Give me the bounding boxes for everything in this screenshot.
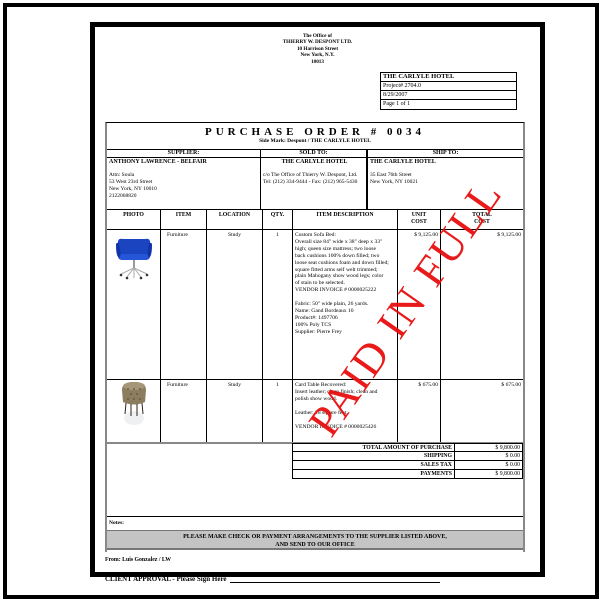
notes-field: Notes: [107, 516, 523, 530]
description-line [295, 294, 395, 301]
description-line: Custom Sofa Bed: [295, 232, 395, 239]
supplier-name: ANTHONY LAWRENCE - BELFAIR [107, 158, 260, 167]
description-line: high; queen size mattress; two loose [295, 246, 395, 253]
description-line: Leather: 28 square feet. [295, 410, 395, 417]
qty-cell: 1 [263, 230, 293, 379]
side-mark: Side Mark: Despont / THE CARLYLE HOTEL [107, 138, 523, 144]
parties-section: SUPPLIER: ANTHONY LAWRENCE - BELFAIR Att… [107, 149, 523, 209]
supplier-block: SUPPLIER: ANTHONY LAWRENCE - BELFAIR Att… [107, 150, 261, 210]
total-value: $ 9,800.00 [455, 444, 522, 451]
description-line: Product#: 1497706 [295, 315, 395, 322]
item-cell: Furniture [161, 380, 207, 442]
office-letterhead: The Office of THIERRY W. DESPONT LTD. 10… [95, 33, 540, 65]
description-line: Overall size 84" wide x 38" deep x 33" [295, 239, 395, 246]
total-label: TOTAL AMOUNT OF PURCHASE [293, 444, 455, 451]
location-cell: Study [207, 230, 263, 379]
sold-to-block: SOLD TO: THE CARLYLE HOTEL c/o The Offic… [261, 150, 367, 210]
table-row: Furniture Study 1 Custom Sofa Bed:Overal… [107, 230, 523, 380]
sold-to-header: SOLD TO: [261, 150, 366, 158]
total-value: $ 9,800.00 [455, 470, 522, 478]
total-label: PAYMENTS [293, 470, 455, 478]
sold-to-name: THE CARLYLE HOTEL [261, 158, 366, 167]
table-row: Furniture Study 1 Card Table Recovered:I… [107, 380, 523, 444]
totals-row-payments: PAYMENTS $ 9,800.00 [292, 470, 523, 479]
blue-armchair-image [115, 236, 153, 280]
description-line: VENDOR INVOICE # 0000025222 [295, 287, 395, 294]
photo-cell [107, 230, 161, 379]
description-cell: Custom Sofa Bed:Overall size 84" wide x … [293, 230, 398, 379]
client-approval: CLIENT APPROVAL - Please Sign Here [105, 575, 440, 583]
description-line: square fitted arms self welt trimmed; [295, 267, 395, 274]
banner-line2: AND SEND TO OUR OFFICE [107, 541, 523, 549]
ship-to-city: New York, NY 10021 [368, 179, 523, 186]
ship-to-block: SHIP TO: THE CARLYLE HOTEL 35 East 76th … [367, 150, 523, 210]
totals-row-tax: SALES TAX $ 0.00 [292, 461, 523, 470]
description-line: polish show wood. [295, 396, 395, 403]
totals-table: TOTAL AMOUNT OF PURCHASE $ 9,800.00 SHIP… [292, 443, 523, 479]
description-line: VENDOR INVOICE # 0000025426 [295, 424, 395, 431]
total-cost-cell: $ 9,125.00 [441, 230, 523, 379]
po-body: PURCHASE ORDER # 0034 Side Mark: Despont… [105, 122, 525, 552]
description-line: Insert leather; clean finish; clean and [295, 389, 395, 396]
payment-banner: PLEASE MAKE CHECK OR PAYMENT ARRANGEMENT… [107, 530, 523, 550]
description-line: loose seat cushions foam and down filled… [295, 260, 395, 267]
sold-to-line1: c/o The Office of Thierry W. Despont, Lt… [261, 172, 366, 179]
items-table: PHOTO ITEM LOCATION QTY. ITEM DESCRIPTIO… [107, 209, 523, 444]
photo-cell [107, 380, 161, 442]
totals-row-purchase: TOTAL AMOUNT OF PURCHASE $ 9,800.00 [292, 443, 523, 452]
description-line: of stain to be selected. [295, 280, 395, 287]
description-line: Supplier: Pierre Frey [295, 329, 395, 336]
banner-line1: PLEASE MAKE CHECK OR PAYMENT ARRANGEMENT… [107, 533, 523, 541]
total-value: $ 0.00 [455, 452, 522, 460]
tufted-stool-image [119, 380, 149, 426]
col-description: ITEM DESCRIPTION [293, 210, 398, 229]
ship-to-name: THE CARLYLE HOTEL [368, 158, 523, 167]
item-cell: Furniture [161, 230, 207, 379]
col-total-cost: TOTAL COST [441, 210, 523, 229]
page-number: Page 1 of 1 [381, 100, 516, 109]
qty-cell: 1 [263, 380, 293, 442]
col-photo: PHOTO [107, 210, 161, 229]
ship-to-header: SHIP TO: [368, 150, 523, 158]
project-info-box: THE CARLYLE HOTEL Project# 2704.0 8/29/2… [380, 72, 517, 110]
project-client: THE CARLYLE HOTEL [381, 73, 516, 82]
total-label: SHIPPING [293, 452, 455, 460]
approval-label: CLIENT APPROVAL - Please Sign Here [105, 575, 227, 583]
description-line: plain Mahogany show wood legs; color [295, 273, 395, 280]
supplier-header: SUPPLIER: [107, 150, 260, 158]
col-qty: QTY. [263, 210, 293, 229]
signature-line[interactable] [230, 576, 440, 583]
col-location: LOCATION [207, 210, 263, 229]
description-line: back cushions 100% down filled; two [295, 253, 395, 260]
project-date: 8/29/2007 [381, 91, 516, 100]
project-number: Project# 2704.0 [381, 82, 516, 91]
description-line: 100% Poly TCS [295, 322, 395, 329]
total-value: $ 0.00 [455, 461, 522, 469]
po-title: PURCHASE ORDER # 0034 [107, 126, 523, 138]
total-cost-cell: $ 675.00 [441, 380, 523, 442]
description-line [295, 417, 395, 424]
description-line: Name: Gand Bordeaux 10 [295, 308, 395, 315]
purchase-order-page: The Office of THIERRY W. DESPONT LTD. 10… [90, 22, 545, 577]
description-line [295, 403, 395, 410]
office-line: 10013 [95, 59, 540, 65]
unit-cost-cell: $ 9,125.00 [398, 230, 441, 379]
supplier-phone: 2122068820 [107, 193, 260, 200]
col-unit-cost: UNIT COST [398, 210, 441, 229]
col-item: ITEM [161, 210, 207, 229]
total-label: SALES TAX [293, 461, 455, 469]
description-line: Card Table Recovered: [295, 382, 395, 389]
description-cell: Card Table Recovered:Insert leather; cle… [293, 380, 398, 442]
items-header-row: PHOTO ITEM LOCATION QTY. ITEM DESCRIPTIO… [107, 210, 523, 230]
from-line: From: Luis Gonzalez / LW [105, 557, 171, 563]
totals-row-shipping: SHIPPING $ 0.00 [292, 452, 523, 461]
sold-to-line2: Tel: (212) 334-9444 - Fax: (212) 965-543… [261, 179, 366, 186]
unit-cost-cell: $ 675.00 [398, 380, 441, 442]
supplier-address: 53 West 23rd Street [107, 179, 260, 186]
description-line: Fabric: 50" wide plain, 26 yards. [295, 301, 395, 308]
location-cell: Study [207, 380, 263, 442]
